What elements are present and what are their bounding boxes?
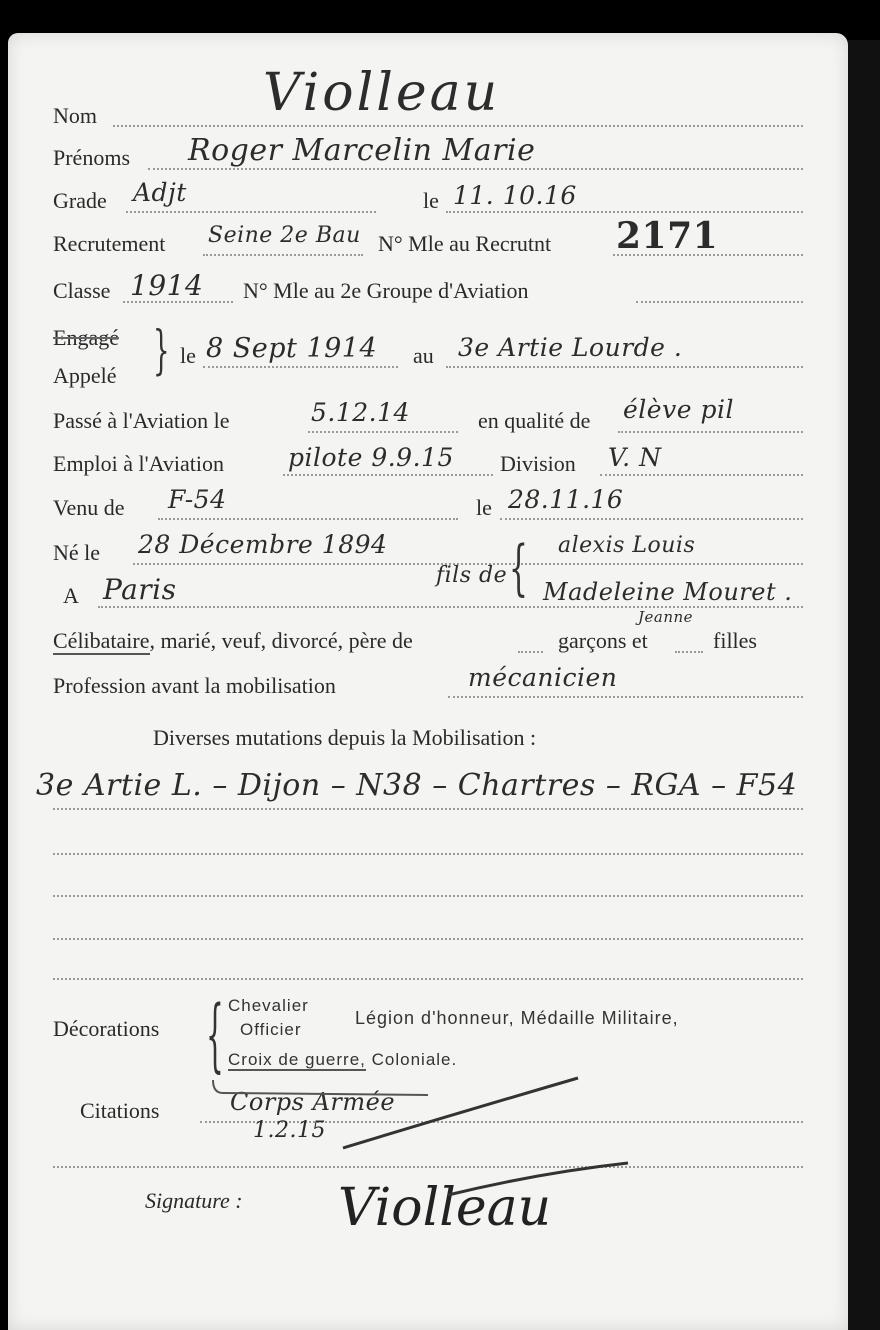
personnel-record-card: Nom Violleau Prénoms Roger Marcelin Mari… <box>8 33 848 1330</box>
signature-flourish-icon <box>8 33 848 1330</box>
scan-border <box>848 40 880 1330</box>
